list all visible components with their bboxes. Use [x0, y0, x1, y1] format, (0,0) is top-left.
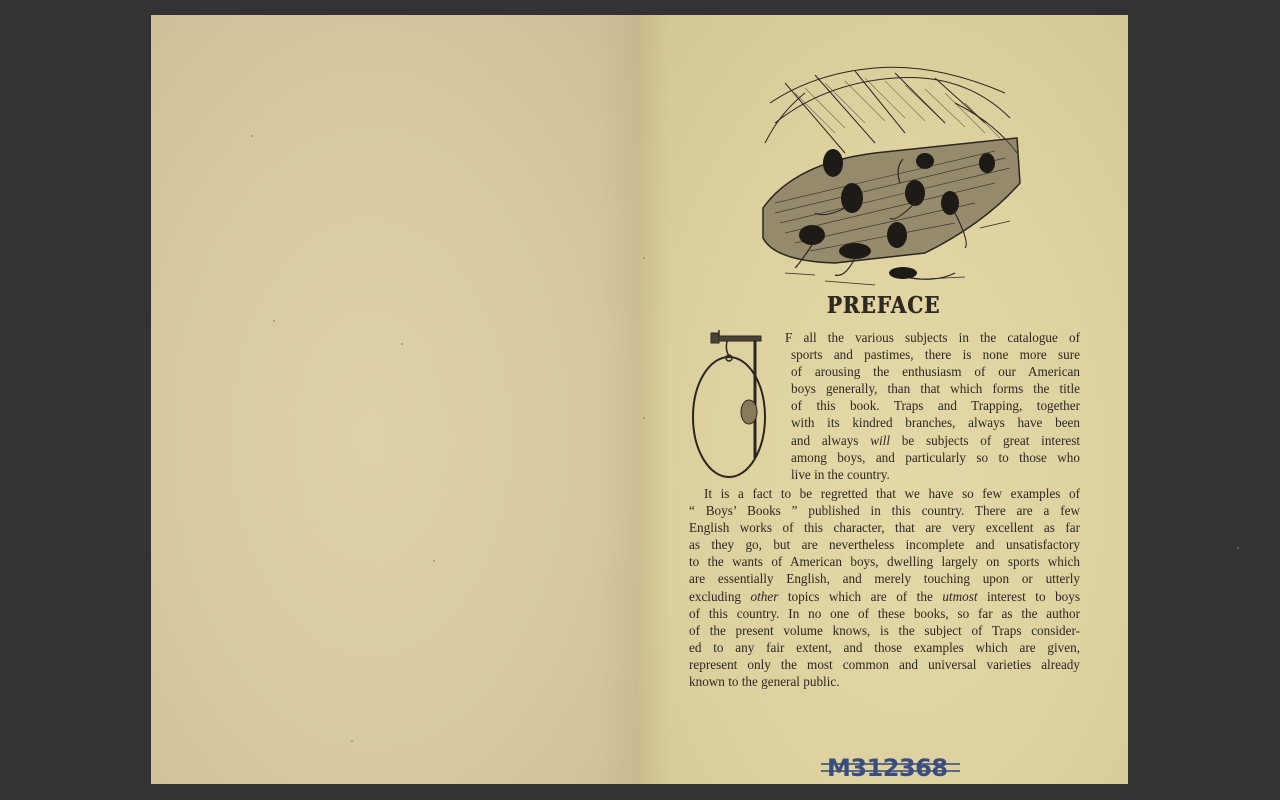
text-line: known to the general public. — [689, 673, 1080, 690]
text-line: English works of this character, that ar… — [689, 519, 1080, 536]
paper-speck — [643, 257, 645, 259]
paper-speck — [351, 740, 353, 742]
rats-on-log-illustration-icon — [755, 63, 1025, 291]
preface-heading: PREFACE — [639, 291, 1128, 319]
text-line: sports and pastimes, there is none more … — [791, 346, 1080, 363]
text-line: ed to any fair extent, and those example… — [689, 639, 1080, 656]
text-line: excluding other topics which are of the … — [689, 588, 1080, 605]
text-line: are essentially English, and merely touc… — [689, 570, 1080, 587]
paper-speck — [643, 417, 645, 419]
text-fragment: be subjects of great interest — [890, 433, 1080, 448]
text-line: F all the various subjects in the catalo… — [785, 329, 1080, 346]
italic-emphasis: will — [870, 433, 890, 448]
text-line: to the wants of American boys, dwelling … — [689, 553, 1080, 570]
text-line: as they go, but are nevertheless incompl… — [689, 536, 1080, 553]
preface-second-paragraph: It is a fact to be regretted that we hav… — [689, 485, 1080, 690]
book-spread: PREFACE F all the various subjects in th… — [151, 15, 1128, 784]
left-page-blank — [151, 15, 639, 784]
library-stamp: M312368 — [827, 754, 948, 782]
right-page-preface: PREFACE F all the various subjects in th… — [639, 15, 1128, 784]
text-line: and always will be subjects of great int… — [791, 432, 1080, 449]
text-line: “ Boys’ Books ” published in this countr… — [689, 502, 1080, 519]
text-line: live in the country. — [791, 466, 1080, 483]
paper-speck — [251, 135, 253, 137]
text-line: of the present volume knows, is the subj… — [689, 622, 1080, 639]
italic-emphasis: utmost — [942, 589, 977, 604]
paper-speck — [273, 320, 275, 322]
text-fragment: excluding — [689, 589, 751, 604]
text-line: of this country. In no one of these book… — [689, 605, 1080, 622]
text-fragment: interest to boys — [977, 589, 1080, 604]
italic-emphasis: other — [751, 589, 779, 604]
paper-speck — [401, 343, 403, 345]
text-line: boys generally, than that which forms th… — [791, 380, 1080, 397]
text-line: represent only the most common and unive… — [689, 656, 1080, 673]
text-line: It is a fact to be regretted that we hav… — [689, 485, 1080, 502]
paper-speck — [1237, 547, 1239, 549]
snare-loop-dropcap-icon — [689, 330, 769, 480]
text-line: of arousing the enthusiasm of our Americ… — [791, 363, 1080, 380]
text-line: with its kindred branches, always have b… — [791, 414, 1080, 431]
text-line: among boys, and particularly so to those… — [791, 449, 1080, 466]
text-line: of this book. Traps and Trapping, togeth… — [791, 397, 1080, 414]
paper-speck — [433, 560, 435, 562]
text-fragment: topics which are of the — [778, 589, 942, 604]
text-fragment: and always — [791, 433, 870, 448]
preface-first-paragraph: F all the various subjects in the catalo… — [791, 329, 1080, 483]
